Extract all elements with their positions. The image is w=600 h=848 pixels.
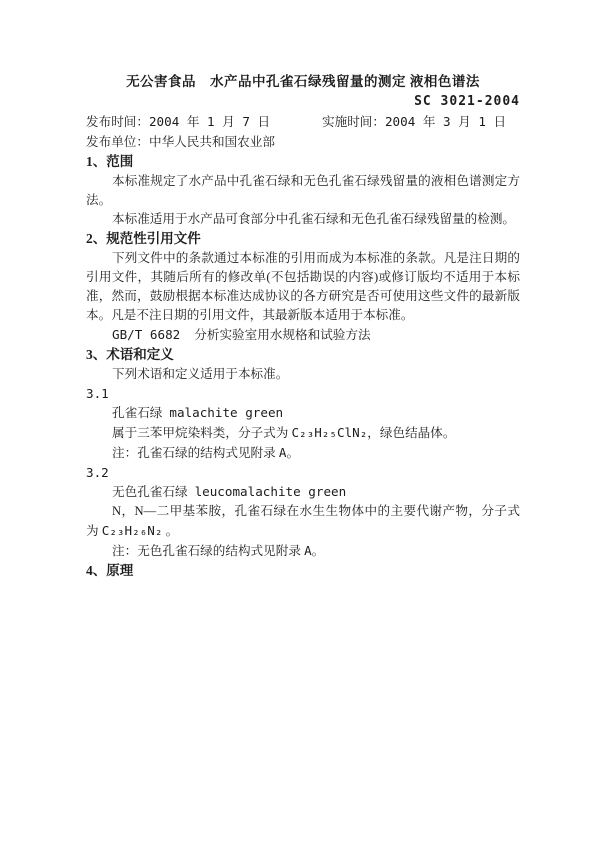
document-page: 无公害食品 水产品中孔雀石绿残留量的测定 液相色谱法 SC 3021-2004 …: [0, 0, 600, 848]
release-date-value: 2004 年 1 月 7 日: [149, 114, 270, 129]
reference-title: 分析实验室用水规格和试验方法: [194, 328, 370, 342]
molecular-formula-3-2: C₂₃H₂₆N₂: [102, 523, 163, 538]
reference-item: GB/T 6682分析实验室用水规格和试验方法: [86, 325, 520, 345]
note-3-1-tail: 。: [286, 446, 299, 460]
section-heading-principle: 4、原理: [86, 561, 520, 581]
definition-3-2-tail: 。: [162, 524, 178, 538]
implementation-date-label: 实施时间：: [322, 115, 385, 129]
note-3-1-text: 注：孔雀石绿的结构式见附录: [112, 446, 279, 460]
issuer-value: 中华人民共和国农业部: [149, 135, 275, 149]
note-3-2-tail: 。: [312, 544, 325, 558]
term-3-1-en: malachite green: [169, 405, 283, 420]
definition-3-1-tail: ，绿色结晶体。: [367, 426, 455, 440]
dates-row: 发布时间：2004 年 1 月 7 日实施时间：2004 年 3 月 1 日: [86, 112, 520, 132]
section-heading-terms: 3、术语和定义: [86, 345, 520, 365]
issuer-row: 发布单位：中华人民共和国农业部: [86, 132, 520, 152]
clause-number-3-1: 3.1: [86, 384, 520, 403]
note-3-2-text: 注：无色孔雀石绿的结构式见附录: [112, 544, 304, 558]
implementation-date-cell: 实施时间：2004 年 3 月 1 日: [322, 115, 506, 129]
note-3-1: 注：孔雀石绿的结构式见附录 A。: [86, 443, 520, 463]
implementation-date-value: 2004 年 3 月 1 日: [385, 114, 506, 129]
term-3-2: 无色孔雀石绿leucomalachite green: [86, 482, 520, 502]
page-title: 无公害食品 水产品中孔雀石绿残留量的测定 液相色谱法: [86, 72, 520, 92]
clause-number-3-2: 3.2: [86, 463, 520, 482]
term-3-2-zh: 无色孔雀石绿: [112, 485, 188, 499]
molecular-formula-3-1: C₂₃H₂₅ClN₂: [291, 425, 367, 440]
note-3-2-annex-ref: A: [304, 543, 312, 558]
release-date-label: 发布时间：: [86, 115, 149, 129]
scope-paragraph-1: 本标准规定了水产品中孔雀石绿和无色孔雀石绿残留量的液相色谱测定方法。: [86, 172, 520, 210]
definition-3-1: 属于三苯甲烷染料类，分子式为 C₂₃H₂₅ClN₂，绿色结晶体。: [86, 423, 520, 443]
term-3-2-en: leucomalachite green: [195, 484, 347, 499]
term-3-1: 孔雀石绿malachite green: [86, 403, 520, 423]
section-heading-references: 2、规范性引用文件: [86, 229, 520, 249]
release-date-cell: 发布时间：2004 年 1 月 7 日: [86, 112, 322, 132]
standard-number: SC 3021-2004: [86, 92, 520, 112]
scope-paragraph-2: 本标准适用于水产品可食部分中孔雀石绿和无色孔雀石绿残留量的检测。: [86, 210, 520, 229]
term-3-1-zh: 孔雀石绿: [112, 406, 162, 420]
definition-3-1-text: 属于三苯甲烷染料类，分子式为: [112, 426, 291, 440]
issuer-label: 发布单位：: [86, 135, 149, 149]
reference-code: GB/T 6682: [112, 327, 180, 342]
definition-3-2: N，N—二甲基苯胺，孔雀石绿在水生生物体中的主要代谢产物，分子式为 C₂₃H₂₆…: [86, 502, 520, 541]
note-3-2: 注：无色孔雀石绿的结构式见附录 A。: [86, 541, 520, 561]
terms-intro: 下列术语和定义适用于本标准。: [86, 365, 520, 384]
references-paragraph: 下列文件中的条款通过本标准的引用而成为本标准的条款。凡是注日期的引用文件，其随后…: [86, 249, 520, 325]
section-heading-scope: 1、范围: [86, 152, 520, 172]
